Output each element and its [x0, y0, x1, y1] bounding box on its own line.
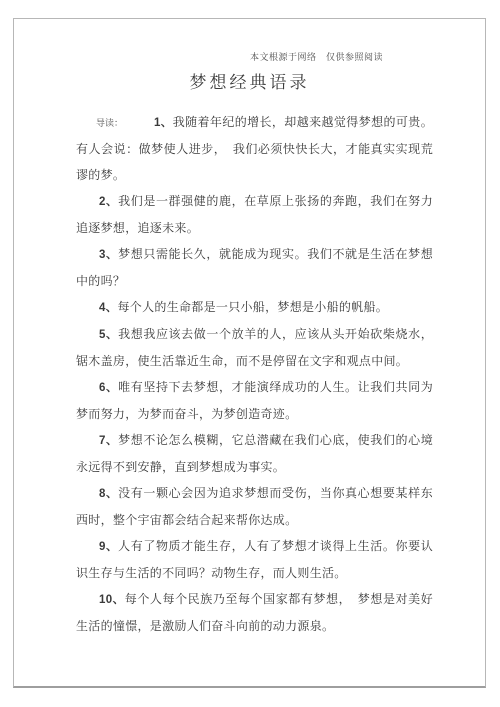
- quote-text: 唯有坚持下去梦想，才能演绎成功的人生。让我们共同为梦而努力，为梦而奋斗，为梦创造…: [76, 380, 433, 421]
- quote-paragraph-9: 9、人有了物质才能生存，人有了梦想才谈得上生活。你要认识生存与生活的不同吗？动物…: [76, 533, 433, 586]
- quote-text: 人有了物质才能生存，人有了梦想才谈得上生活。你要认识生存与生活的不同吗？动物生存…: [76, 539, 433, 580]
- source-note: 本文根源于网络 仅供参照阅读: [14, 51, 485, 63]
- quote-number: 7、: [99, 435, 118, 447]
- quote-paragraph-7: 7、梦想不论怎么模糊，它总潜藏在我们心底，使我们的心境永远得不到安静，直到梦想成…: [76, 427, 433, 480]
- quote-paragraph-6: 6、唯有坚持下去梦想，才能演绎成功的人生。让我们共同为梦而努力，为梦而奋斗，为梦…: [76, 374, 433, 427]
- quote-number: 5、: [99, 329, 118, 341]
- quote-text: 我们是一群强健的鹿，在草原上张扬的奔跑，我们在努力追逐梦想，追逐未来。: [76, 194, 433, 235]
- quote-paragraph-1: 导读：1、我随着年纪的增长，却越来越觉得梦想的可贵。有人会说：做梦使人进步， 我…: [76, 109, 433, 188]
- quote-text: 没有一颗心会因为追求梦想而受伤，当你真心想要某样东西时，整个宇宙都会结合起来帮你…: [76, 486, 433, 527]
- quote-number: 8、: [99, 488, 118, 500]
- quote-text: 每个人的生命都是一只小船，梦想是小船的帆船。: [118, 300, 389, 314]
- quote-paragraph-10: 10、每个人每个民族乃至每个国家都有梦想， 梦想是对美好生活的憧憬，是激励人们奋…: [76, 586, 433, 639]
- screenshot-canvas: 本文根源于网络 仅供参照阅读 梦想经典语录 导读：1、我随着年纪的增长，却越来越…: [0, 0, 500, 707]
- quote-number: 10、: [99, 594, 125, 606]
- quote-paragraph-4: 4、每个人的生命都是一只小船，梦想是小船的帆船。: [76, 294, 433, 321]
- quote-text: 我随着年纪的增长，却越来越觉得梦想的可贵。有人会说：做梦使人进步， 我们必须快快…: [76, 115, 433, 182]
- document-body: 导读：1、我随着年纪的增长，却越来越觉得梦想的可贵。有人会说：做梦使人进步， 我…: [14, 109, 485, 639]
- quote-text: 我想我应该去做一个放羊的人，应该从头开始砍柴烧水，锯木盖房，使生活靠近生命，而不…: [76, 327, 433, 368]
- quote-number: 1、: [154, 117, 173, 129]
- quote-text: 梦想只需能长久，就能成为现实。我们不就是生活在梦想中的吗？: [76, 247, 433, 288]
- quote-paragraph-5: 5、我想我应该去做一个放羊的人，应该从头开始砍柴烧水，锯木盖房，使生活靠近生命，…: [76, 321, 433, 374]
- quote-paragraph-2: 2、我们是一群强健的鹿，在草原上张扬的奔跑，我们在努力追逐梦想，追逐未来。: [76, 188, 433, 241]
- quote-text: 梦想不论怎么模糊，它总潜藏在我们心底，使我们的心境永远得不到安静，直到梦想成为事…: [76, 433, 433, 474]
- lead-label: 导读：: [96, 110, 123, 136]
- quote-number: 9、: [99, 541, 118, 553]
- quote-text: 每个人每个民族乃至每个国家都有梦想， 梦想是对美好生活的憧憬，是激励人们奋斗向前…: [76, 592, 433, 633]
- quote-paragraph-8: 8、没有一颗心会因为追求梦想而受伤，当你真心想要某样东西时，整个宇宙都会结合起来…: [76, 480, 433, 533]
- quote-number: 3、: [99, 249, 118, 261]
- page-title: 梦想经典语录: [14, 70, 485, 96]
- quote-number: 4、: [99, 302, 118, 314]
- quote-number: 6、: [99, 382, 118, 394]
- quote-number: 2、: [99, 196, 118, 208]
- quote-paragraph-3: 3、梦想只需能长久，就能成为现实。我们不就是生活在梦想中的吗？: [76, 241, 433, 294]
- document-page: 本文根源于网络 仅供参照阅读 梦想经典语录 导读：1、我随着年纪的增长，却越来越…: [13, 18, 486, 688]
